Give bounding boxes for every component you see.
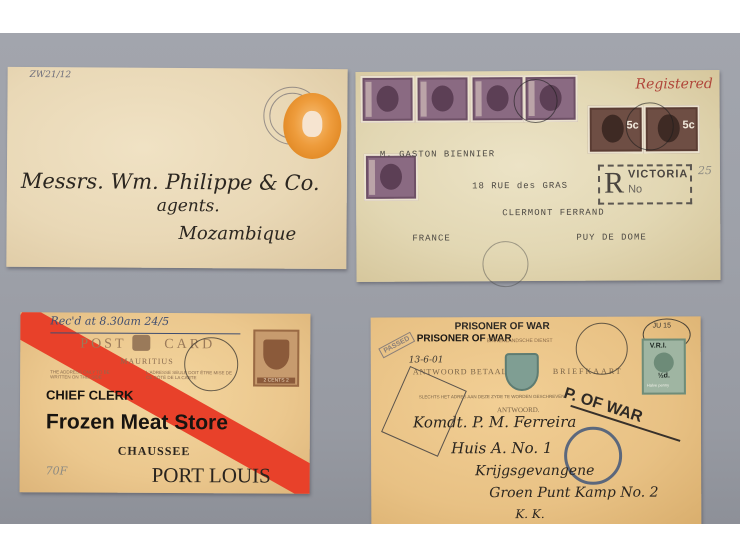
cancel-mark bbox=[576, 323, 628, 375]
address-line: 18 RUE des GRAS bbox=[472, 181, 568, 192]
address-line: Krijgsgevangene bbox=[475, 463, 594, 479]
stamp-6c bbox=[415, 75, 469, 122]
recipient-city: PORT LOUIS bbox=[152, 463, 271, 489]
stamp-value: ½d. bbox=[658, 373, 670, 380]
orange-river-colony-stamp: V.R.I. ½d. Halve penny bbox=[642, 338, 686, 394]
handwritten-received: Rec'd at 8.30am 24/5 bbox=[50, 314, 169, 328]
address-line: Messrs. Wm. Philippe & Co. bbox=[21, 169, 320, 195]
instruction-en: THE ADDRESS ONLY TO BE WRITTEN ON THIS S… bbox=[50, 369, 130, 379]
cancel-date: JU 15 bbox=[653, 323, 671, 330]
address-line: K. K. bbox=[515, 507, 544, 521]
crest-icon bbox=[505, 353, 539, 391]
cancel-mark bbox=[626, 102, 674, 150]
shield-icon bbox=[263, 340, 289, 370]
reg-office: VICTORIA bbox=[628, 168, 688, 180]
recipient-name: Frozen Meat Store bbox=[46, 410, 228, 435]
stamp-6c bbox=[360, 76, 414, 123]
tree-icon bbox=[654, 353, 674, 373]
address-line: agents. bbox=[157, 196, 220, 216]
recipient-title: CHIEF CLERK bbox=[46, 387, 133, 402]
overprint: PRISONER OF WAR bbox=[455, 321, 550, 332]
postcard-stamp: 2 CENTS 2 bbox=[253, 329, 299, 386]
envelope-seychelles: 5c 5c Registered M. GASTON BIENNIER 18 R… bbox=[355, 70, 720, 282]
sub-header: BINNENLANDSCHE DIENST bbox=[487, 338, 553, 344]
censor-mark: PASSED bbox=[378, 332, 415, 359]
envelope-mozambique: ZW21/12 Messrs. Wm. Philippe & Co. agent… bbox=[6, 67, 347, 269]
crest-icon bbox=[132, 335, 150, 351]
address-line: Huis A. No. 1 bbox=[451, 439, 552, 457]
queen-head-icon bbox=[302, 111, 322, 137]
postcard-prisoner-of-war: PRISONER OF WAR PRISONER OF WAR PASSED B… bbox=[371, 316, 702, 524]
address-line: CLERMONT FERRAND bbox=[502, 208, 604, 219]
registered-note: Registered bbox=[635, 76, 712, 92]
corner-note: ZW21/12 bbox=[30, 70, 72, 80]
embossed-stamp bbox=[283, 93, 341, 159]
reg-letter: R bbox=[604, 169, 624, 199]
backstamp bbox=[482, 241, 528, 287]
address-line: PUY DE DOME bbox=[576, 232, 646, 242]
pencil-note: 70F bbox=[46, 464, 68, 477]
pencil-note: 25 bbox=[698, 164, 712, 177]
postcard-mauritius: Rec'd at 8.30am 24/5 POST CARD MAURITIUS… bbox=[20, 312, 311, 494]
reg-number: No bbox=[628, 183, 642, 195]
address-line: M. GASTON BIENNIER bbox=[380, 149, 495, 160]
country-label: MAURITIUS bbox=[120, 357, 173, 366]
address-line: Mozambique bbox=[178, 223, 296, 245]
stamp-6c bbox=[364, 154, 418, 201]
date-note: 13-6-01 bbox=[409, 355, 444, 365]
address-line: FRANCE bbox=[412, 233, 450, 243]
stamp-caption: Halve penny bbox=[647, 383, 669, 388]
address-line: Groen Punt Kamp No. 2 bbox=[489, 485, 658, 502]
post-label: POST bbox=[80, 337, 126, 353]
stamp-overprint: V.R.I. bbox=[650, 343, 667, 350]
registration-label: R VICTORIA No bbox=[598, 164, 692, 204]
cancel-mark bbox=[513, 79, 557, 123]
photo-background: ZW21/12 Messrs. Wm. Philippe & Co. agent… bbox=[0, 33, 740, 524]
cancel-mark bbox=[184, 337, 238, 391]
stamp-value: 2 CENTS 2 bbox=[257, 377, 295, 383]
recipient-street: CHAUSSEE bbox=[118, 444, 191, 459]
